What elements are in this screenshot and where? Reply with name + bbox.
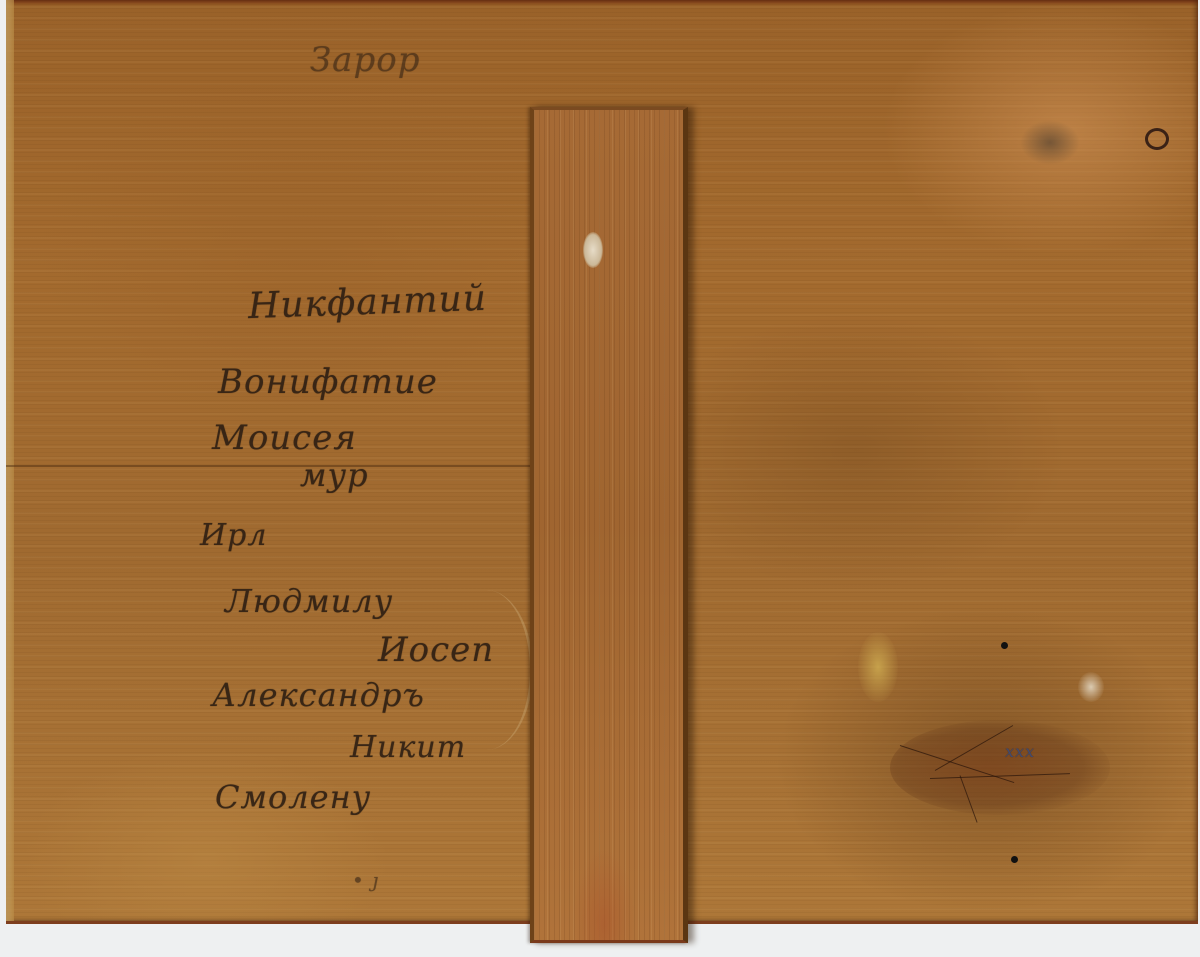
board-seam bbox=[6, 465, 536, 467]
inscription-top: Зарор bbox=[310, 40, 420, 80]
inscription-line: Вонифатие bbox=[218, 362, 438, 402]
ink-ring-mark bbox=[1145, 128, 1169, 150]
stain-left-curve bbox=[440, 590, 533, 750]
inscription-line: Ирл bbox=[200, 518, 267, 553]
inscription-knot-mark: ххх bbox=[1005, 742, 1035, 761]
panel-left-edge bbox=[6, 0, 14, 921]
inscription-line: Александръ bbox=[212, 676, 425, 714]
worm-hole bbox=[1001, 642, 1008, 649]
inscription-bottom-mark: • ȷ bbox=[352, 868, 379, 892]
inscription-line: Иосеп bbox=[378, 630, 494, 670]
inscription-line: Смолену bbox=[215, 778, 371, 816]
worm-hole bbox=[1011, 856, 1018, 863]
wood-knot bbox=[890, 720, 1110, 815]
inscription-line: мур bbox=[300, 456, 369, 494]
batten-pale-spot bbox=[583, 232, 603, 268]
inscription-line: Моисея bbox=[212, 418, 357, 458]
batten-crosspiece bbox=[530, 107, 688, 943]
stain-light-patch bbox=[858, 632, 898, 702]
inscription-line: Никфантий bbox=[247, 278, 487, 327]
inscription-line: Людмилу bbox=[225, 582, 393, 620]
inscription-line: Никит bbox=[350, 730, 466, 765]
stain-top-right bbox=[1020, 120, 1080, 165]
stain-pale-spot bbox=[1078, 672, 1104, 702]
